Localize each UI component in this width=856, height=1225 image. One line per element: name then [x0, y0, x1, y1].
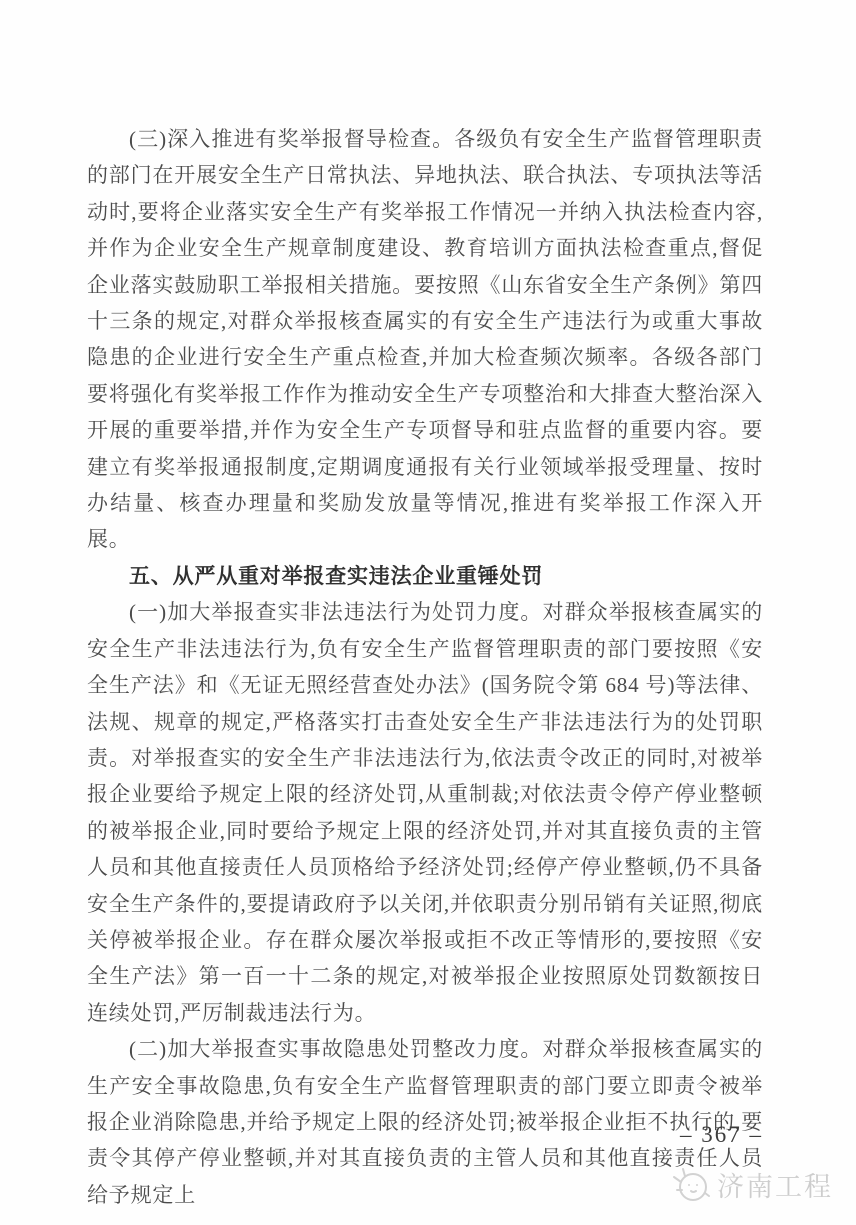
paragraph-san: (三)深入推进有奖举报督导检查。各级负有安全生产监督管理职责的部门在开展安全生产… — [87, 121, 763, 558]
mascot-face-icon — [668, 1163, 712, 1205]
page-number: – 367 – — [680, 1122, 763, 1148]
paragraph-er: (二)加大举报查实事故隐患处罚整改力度。对群众举报核查属实的生产安全事故隐患,负… — [87, 1031, 763, 1213]
watermark: 济南工程 — [668, 1163, 833, 1205]
watermark-label: 济南工程 — [717, 1165, 833, 1204]
document-page: (三)深入推进有奖举报督导检查。各级负有安全生产监督管理职责的部门在开展安全生产… — [0, 0, 856, 1225]
paragraph-yi: (一)加大举报查实非法违法行为处罚力度。对群众举报核查属实的安全生产非法违法行为… — [87, 594, 763, 1031]
document-body: (三)深入推进有奖举报督导检查。各级负有安全生产监督管理职责的部门在开展安全生产… — [87, 121, 763, 1213]
section-heading-wu: 五、从严从重对举报查实违法企业重锤处罚 — [87, 558, 763, 594]
